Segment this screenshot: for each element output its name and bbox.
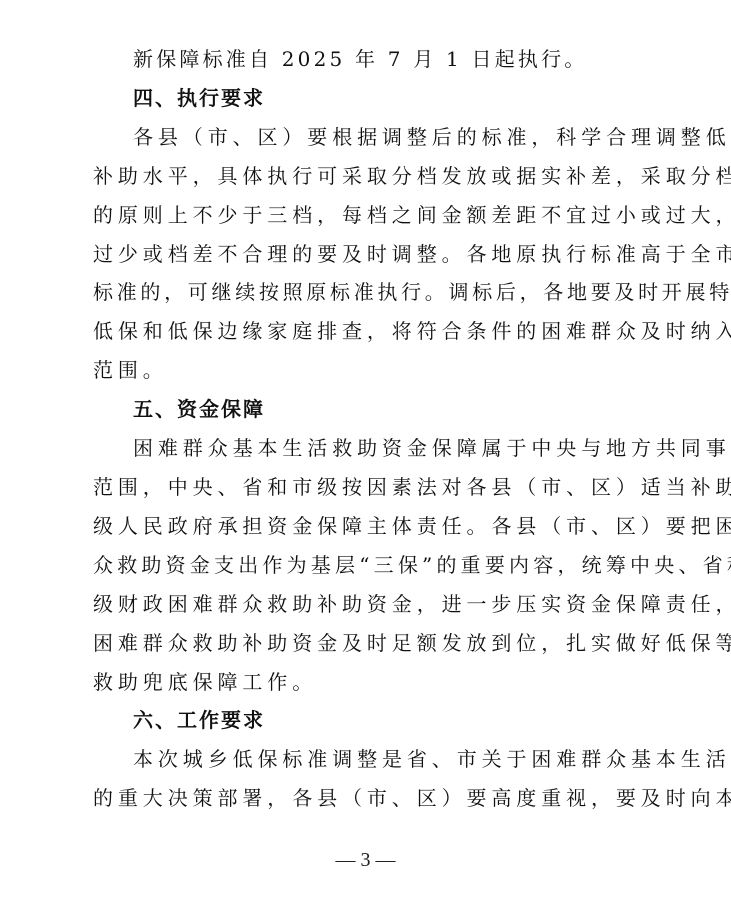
- paragraph-line: 众救助资金支出作为基层“三保”的重要内容，统筹中央、省和市: [93, 550, 653, 580]
- paragraph-line: 的重大决策部署，各县（市、区）要高度重视，要及时向本地党: [93, 783, 653, 813]
- paragraph-line: 困难群众救助补助资金及时足额发放到位，扎实做好低保等社会: [93, 628, 653, 658]
- paragraph-line: 低保和低保边缘家庭排查，将符合条件的困难群众及时纳入保障: [93, 316, 653, 346]
- paragraph-line: 范围，中央、省和市级按因素法对各县（市、区）适当补助，县: [93, 472, 653, 502]
- paragraph-line: 标准的，可继续按照原标准执行。调标后，各地要及时开展特困、: [93, 277, 653, 307]
- paragraph-line: 的原则上不少于三档，每档之间金额差距不宜过小或过大，分档: [93, 200, 653, 230]
- page-number: — 3 —: [0, 846, 731, 874]
- paragraph-line: 补助水平，具体执行可采取分档发放或据实补差，采取分档发放: [93, 161, 653, 191]
- paragraph-line: 本次城乡低保标准调整是省、市关于困难群众基本生活保障: [133, 744, 693, 774]
- paragraph-line: 级人民政府承担资金保障主体责任。各县（市、区）要把困难群: [93, 511, 653, 541]
- paragraph-line: 过少或档差不合理的要及时调整。各地原执行标准高于全市平均: [93, 239, 653, 269]
- paragraph-line: 困难群众基本生活救助资金保障属于中央与地方共同事权: [133, 433, 693, 463]
- paragraph-line: 各县（市、区）要根据调整后的标准，科学合理调整低保金: [133, 122, 693, 152]
- paragraph-line: 级财政困难群众救助补助资金，进一步压实资金保障责任，确保: [93, 589, 653, 619]
- section-heading-execution-requirements: 四、执行要求: [133, 83, 693, 113]
- paragraph-line: 范围。: [93, 355, 653, 385]
- document-page: 新保障标准自 2025 年 7 月 1 日起执行。 四、执行要求 各县（市、区）…: [0, 0, 731, 905]
- section-heading-work-requirements: 六、工作要求: [133, 705, 693, 735]
- section-heading-funding-guarantee: 五、资金保障: [133, 394, 693, 424]
- paragraph-line: 救助兜底保障工作。: [93, 667, 653, 697]
- paragraph-effective-date-line: 新保障标准自 2025 年 7 月 1 日起执行。: [133, 44, 693, 74]
